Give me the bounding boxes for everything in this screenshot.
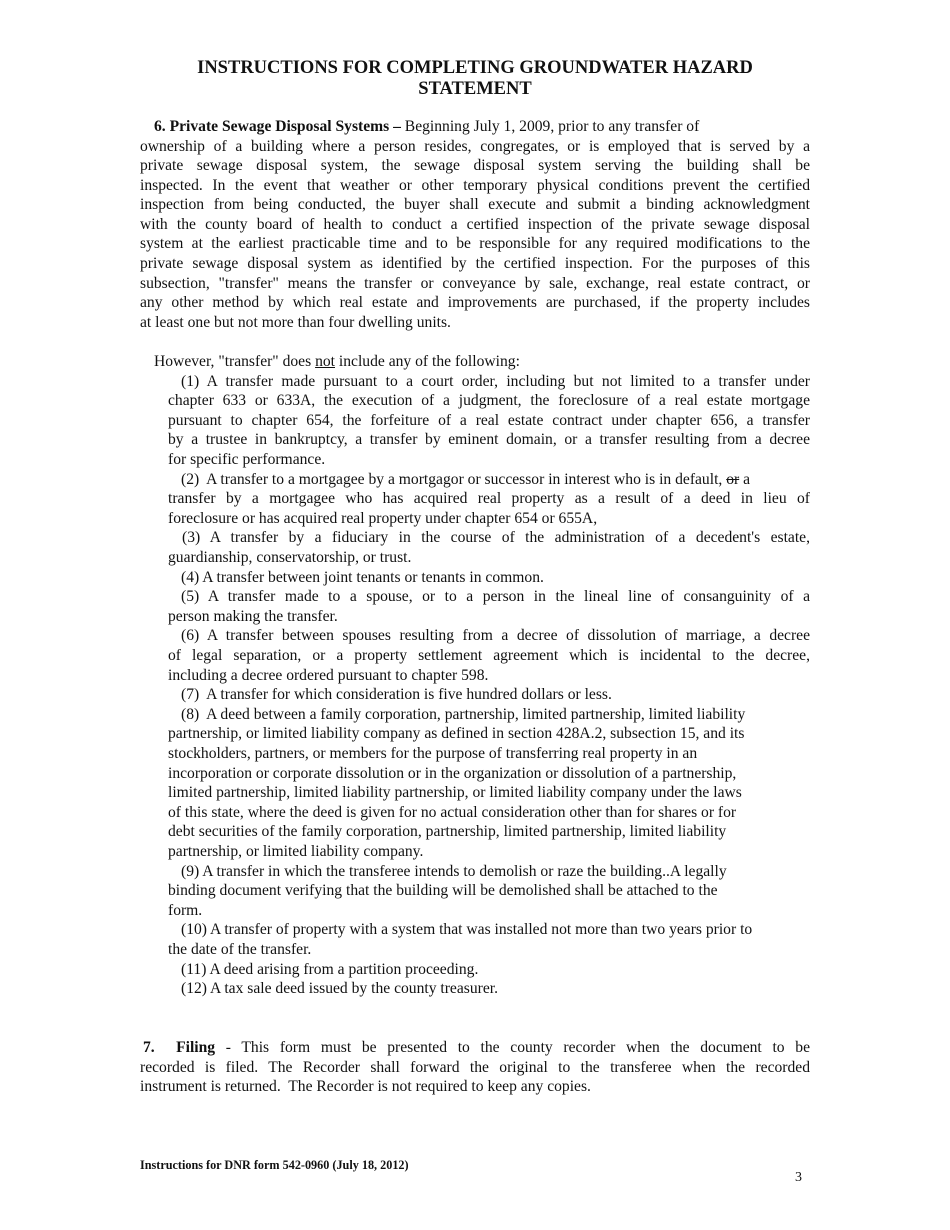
exclusion-line: incorporation or corporate dissolution o… (168, 764, 736, 784)
section-6-text: Beginning July 1, 2009, prior to any tra… (405, 118, 700, 135)
section-7-line: instrument is returned. The Recorder is … (140, 1077, 591, 1097)
section-7-line: recorded is filed. The Recorder shall fo… (140, 1058, 810, 1078)
exclusion-line: stockholders, partners, or members for t… (168, 744, 697, 764)
struck-out-or: or (726, 471, 739, 488)
document-page: INSTRUCTIONS FOR COMPLETING GROUNDWATER … (0, 0, 950, 1230)
exclusion-line: binding document verifying that the buil… (168, 881, 718, 901)
exclusion-line: partnership, or limited liability compan… (168, 842, 423, 862)
underlined-not: not (315, 353, 335, 370)
section-7-number: 7. (143, 1039, 155, 1056)
exclusion-line: (5) A transfer made to a spouse, or to a… (181, 587, 810, 607)
exclusion-line: (12) A tax sale deed issued by the count… (181, 979, 498, 999)
section-6-line: private sewage disposal system, the sewa… (140, 156, 810, 176)
exclusion-line: by a trustee in bankruptcy, a transfer b… (168, 430, 810, 450)
section-6-line: subsection, "transfer" means the transfe… (140, 274, 810, 294)
section-7-first-line: 7. Filing - This form must be presented … (143, 1038, 810, 1058)
exclusions-intro-text: include any of the following: (335, 353, 520, 370)
section-6-line: inspected. In the event that weather or … (140, 176, 810, 196)
exclusion-line: (9) A transfer in which the transferee i… (181, 862, 727, 882)
exclusions-intro-text: However, "transfer" does (154, 353, 315, 370)
exclusion-line: guardianship, conservatorship, or trust. (168, 548, 411, 568)
section-7-text: - This form must be presented to the cou… (215, 1039, 810, 1056)
exclusion-line: (7) A transfer for which consideration i… (181, 685, 612, 705)
footer-form-reference: Instructions for DNR form 542-0960 (July… (140, 1158, 409, 1173)
exclusion-line: the date of the transfer. (168, 940, 311, 960)
exclusions-intro: However, "transfer" does not include any… (154, 352, 520, 372)
exclusion-line: (1) A transfer made pursuant to a court … (181, 372, 810, 392)
exclusion-line: limited partnership, limited liability p… (168, 783, 742, 803)
section-6-line: inspection from being conducted, the buy… (140, 195, 810, 215)
exclusion-line: partnership, or limited liability compan… (168, 724, 744, 744)
section-6-line: private sewage disposal system as identi… (140, 254, 810, 274)
exclusion-line: (2) A transfer to a mortgagee by a mortg… (181, 470, 750, 490)
exclusion-line: debt securities of the family corporatio… (168, 822, 726, 842)
exclusion-line: foreclosure or has acquired real propert… (168, 509, 597, 529)
exclusion-line: including a decree ordered pursuant to c… (168, 666, 488, 686)
exclusion-line: form. (168, 901, 202, 921)
exclusion-text: a (739, 471, 750, 488)
exclusion-text: (2) A transfer to a mortgagee by a mortg… (181, 471, 726, 488)
section-6-line: with the county board of health to condu… (140, 215, 810, 235)
exclusion-line: (10) A transfer of property with a syste… (181, 920, 752, 940)
exclusion-line: transfer by a mortgagee who has acquired… (168, 489, 810, 509)
exclusion-line: (4) A transfer between joint tenants or … (181, 568, 544, 588)
section-7-heading: Filing (176, 1039, 215, 1056)
section-6-line: system at the earliest practicable time … (140, 234, 810, 254)
section-6-dash: – (389, 118, 405, 135)
section-6-line: ownership of a building where a person r… (140, 137, 810, 157)
section-6-heading: Private Sewage Disposal Systems (170, 118, 390, 135)
exclusion-line: for specific performance. (168, 450, 325, 470)
exclusion-line: (6) A transfer between spouses resulting… (181, 626, 810, 646)
exclusion-line: of legal separation, or a property settl… (168, 646, 810, 666)
exclusion-line: of this state, where the deed is given f… (168, 803, 736, 823)
section-6-line: at least one but not more than four dwel… (140, 313, 451, 333)
document-title-line-2: STATEMENT (140, 79, 810, 100)
exclusion-line: (3) A transfer by a fiduciary in the cou… (182, 528, 810, 548)
section-6-number: 6. (154, 118, 166, 135)
exclusion-line: person making the transfer. (168, 607, 338, 627)
exclusion-line: (11) A deed arising from a partition pro… (181, 960, 478, 980)
page-number: 3 (795, 1170, 802, 1186)
exclusion-line: (8) A deed between a family corporation,… (181, 705, 745, 725)
exclusion-line: chapter 633 or 633A, the execution of a … (168, 391, 810, 411)
exclusion-line: pursuant to chapter 654, the forfeiture … (168, 411, 810, 431)
section-6-first-line: 6. Private Sewage Disposal Systems – Beg… (154, 117, 699, 137)
document-title-line-1: INSTRUCTIONS FOR COMPLETING GROUNDWATER … (140, 58, 810, 79)
section-6-line: any other method by which real estate an… (140, 293, 810, 313)
